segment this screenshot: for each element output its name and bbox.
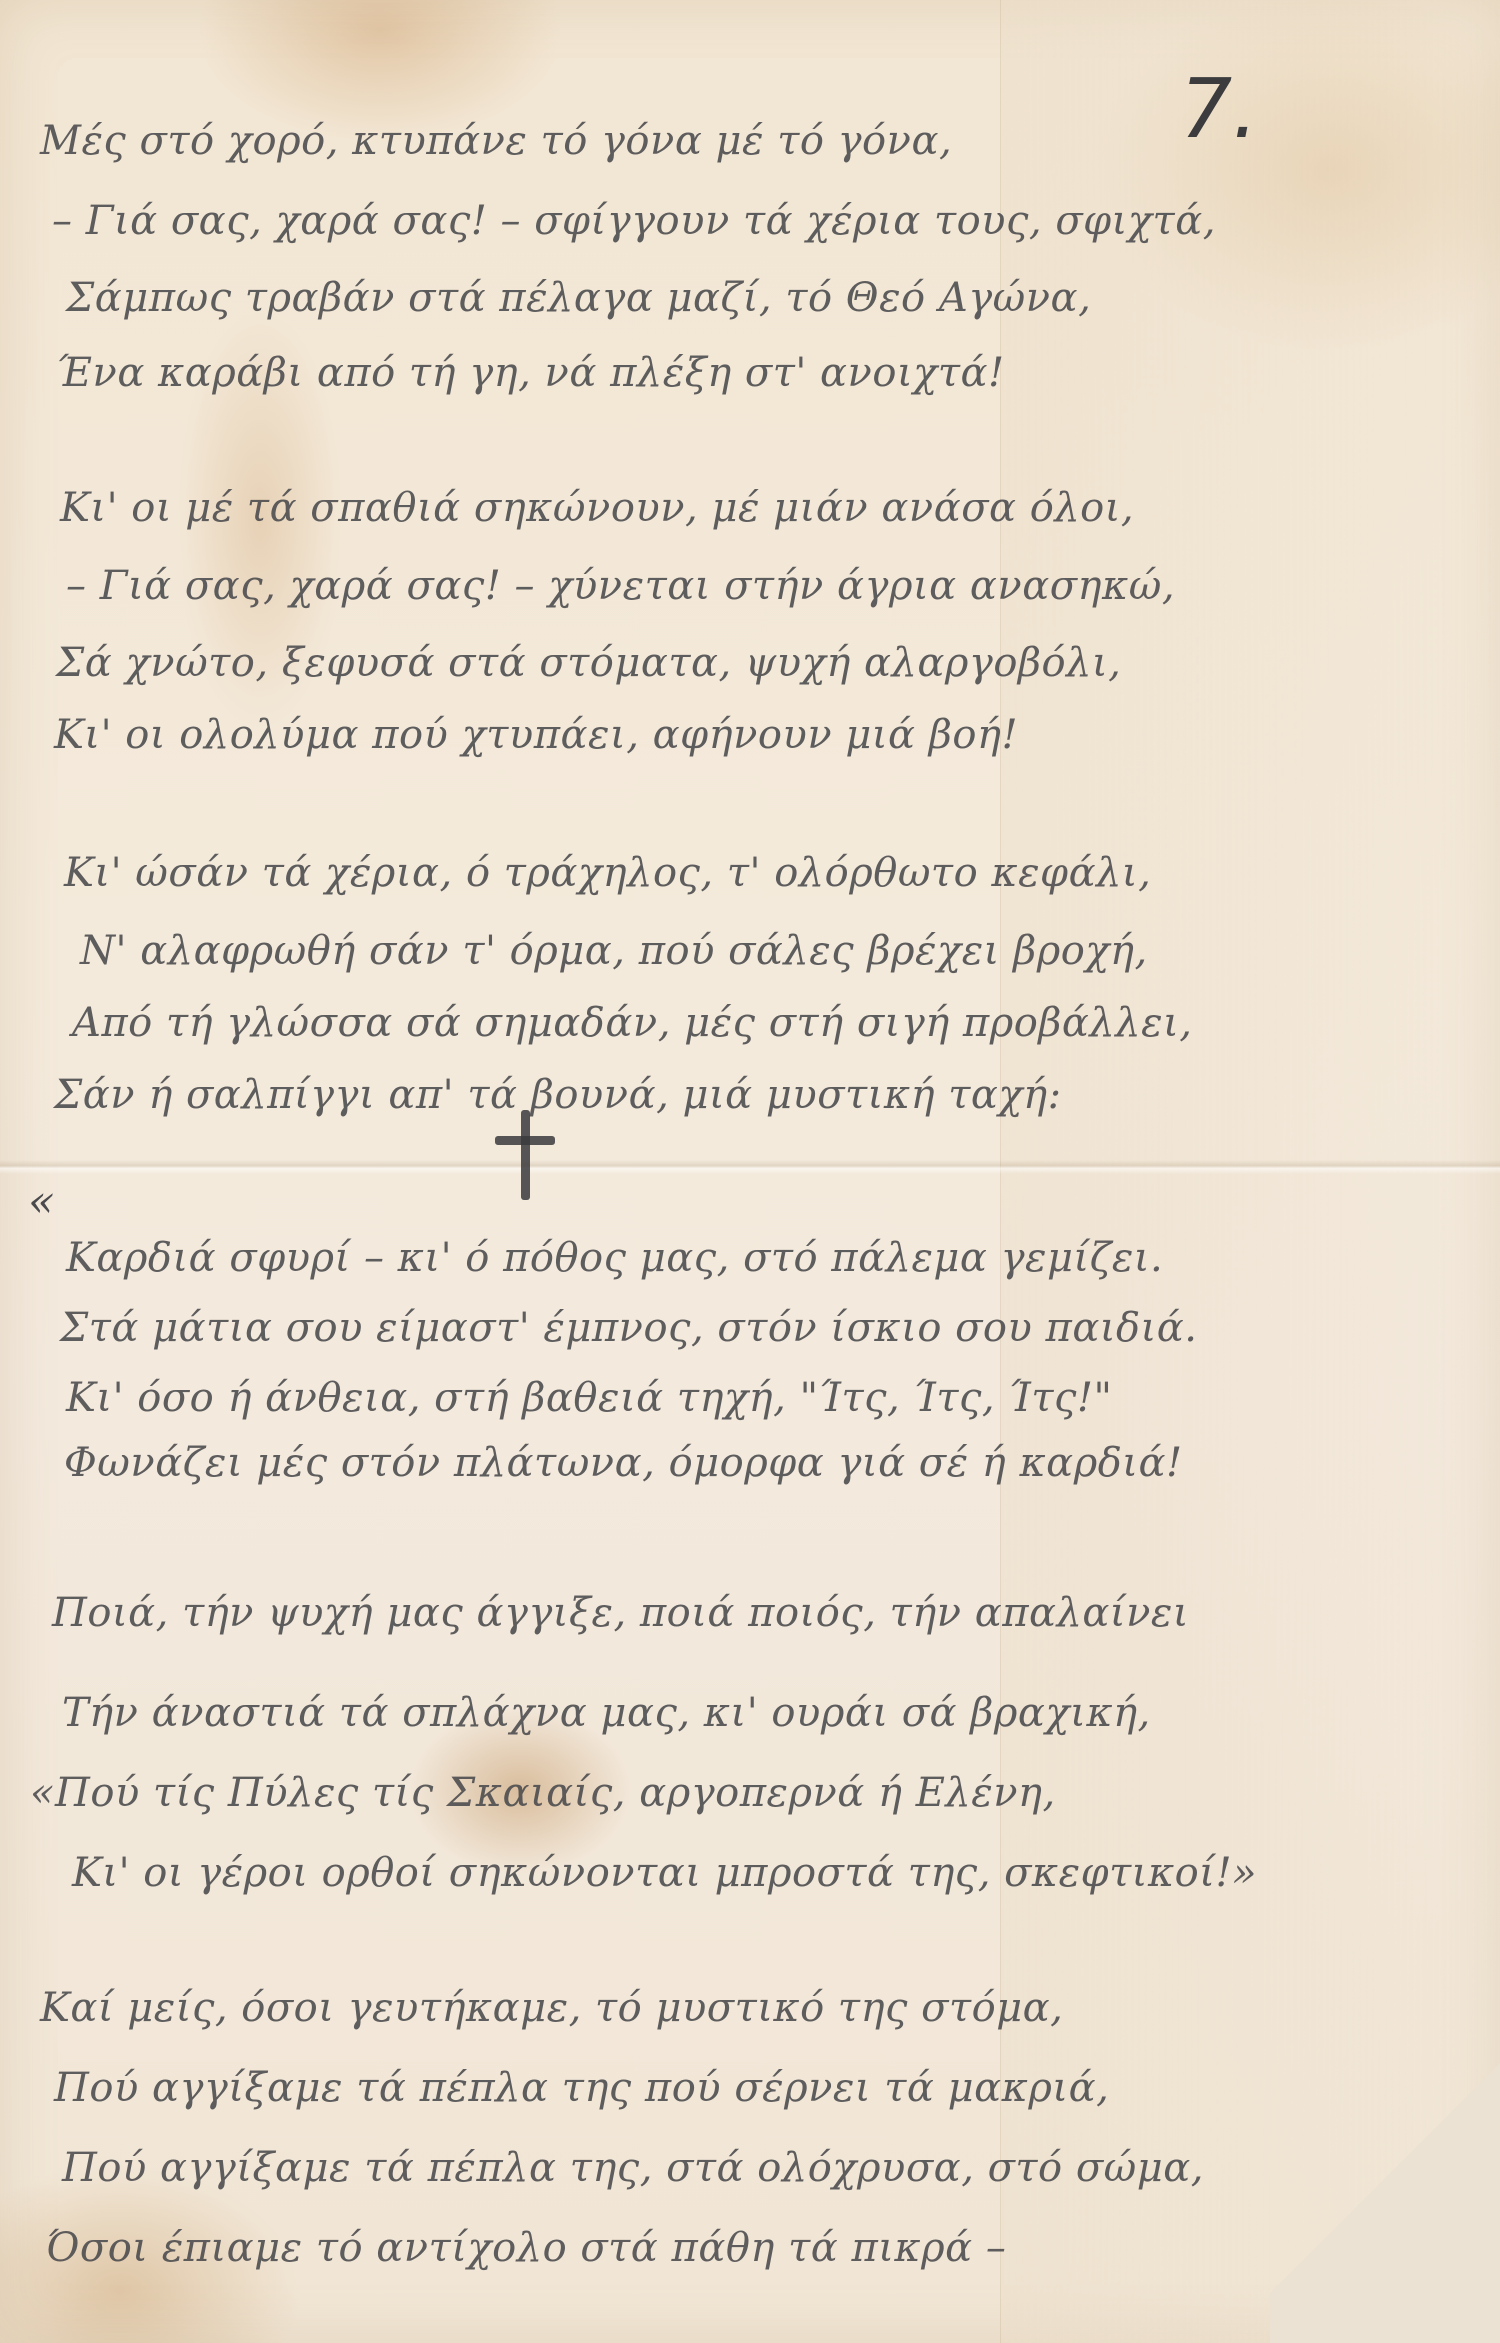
stanza-4-line-2: Στά μάτια σου είμαστ' έμπνος, στόν ίσκιο…: [60, 1305, 1198, 1351]
stanza-2-line-2: – Γιά σας, χαρά σας! – χύνεται στήν άγρι…: [66, 563, 1175, 609]
stanza-5-line-3: «Πού τίς Πύλες τίς Σκαιαίς, αργοπερνά ή …: [30, 1770, 1056, 1816]
manuscript-page: 7. Μές στό χορό, κτυπάνε τό γόνα μέ τό γ…: [0, 0, 1500, 2343]
stanza-5-line-4: Κι' οι γέροι ορθοί σηκώνονται μπροστά τη…: [72, 1850, 1257, 1896]
stanza-3-line-3: Από τή γλώσσα σά σημαδάν, μές στή σιγή π…: [72, 1000, 1193, 1046]
stanza-1-line-4: Ένα καράβι από τή γη, νά πλέξη στ' ανοιχ…: [56, 350, 1005, 396]
stanza-6-line-3: Πού αγγίξαμε τά πέπλα της, στά ολόχρυσα,…: [62, 2145, 1204, 2191]
stanza-6-line-1: Καί μείς, όσοι γευτήκαμε, τό μυστικό της…: [40, 1985, 1063, 2031]
folded-corner: [1270, 2013, 1500, 2343]
stanza-3-line-4: Σάν ή σαλπίγγι απ' τά βουνά, μιά μυστική…: [54, 1072, 1062, 1118]
stanza-3-line-1: Κι' ώσάν τά χέρια, ό τράχηλος, τ' ολόρθω…: [64, 850, 1151, 896]
stanza-4-line-1: Καρδιά σφυρί – κι' ό πόθος μας, στό πάλε…: [66, 1235, 1163, 1281]
stanza-1-line-2: – Γιά σας, χαρά σας! – σφίγγουν τά χέρια…: [52, 198, 1216, 244]
stanza-2-line-3: Σά χνώτο, ξεφυσά στά στόματα, ψυχή αλαργ…: [56, 640, 1121, 686]
stanza-5-line-2: Τήν άναστιά τά σπλάχνα μας, κι' ουράι σά…: [62, 1690, 1151, 1736]
stanza-4-line-3: Κι' όσο ή άνθεια, στή βαθειά τηχή, "Ίτς,…: [66, 1375, 1112, 1421]
opening-quote-mark: «: [28, 1176, 55, 1227]
fold-crease: [0, 1160, 1500, 1174]
stanza-4-line-4: Φωνάζει μές στόν πλάτωνα, όμορφα γιά σέ …: [64, 1440, 1183, 1486]
stanza-5-line-1: Ποιά, τήν ψυχή μας άγγιξε, ποιά ποιός, τ…: [52, 1590, 1189, 1636]
cross-mark-icon: [495, 1110, 555, 1200]
stanza-2-line-1: Κι' οι μέ τά σπαθιά σηκώνουν, μέ μιάν αν…: [60, 485, 1134, 531]
stanza-6-line-2: Πού αγγίξαμε τά πέπλα της πού σέρνει τά …: [54, 2065, 1109, 2111]
stanza-3-line-2: Ν' αλαφρωθή σάν τ' όρμα, πού σάλες βρέχε…: [80, 928, 1148, 974]
stanza-1-line-3: Σάμπως τραβάν στά πέλαγα μαζί, τό Θεό Αγ…: [66, 275, 1091, 321]
stanza-2-line-4: Κι' οι ολολύμα πού χτυπάει, αφήνουν μιά …: [54, 712, 1018, 758]
stanza-1-line-1: Μές στό χορό, κτυπάνε τό γόνα μέ τό γόνα…: [40, 118, 952, 164]
stanza-6-line-4: Όσοι έπιαμε τό αντίχολο στά πάθη τά πικρ…: [46, 2225, 1006, 2271]
page-number: 7.: [1180, 62, 1258, 157]
